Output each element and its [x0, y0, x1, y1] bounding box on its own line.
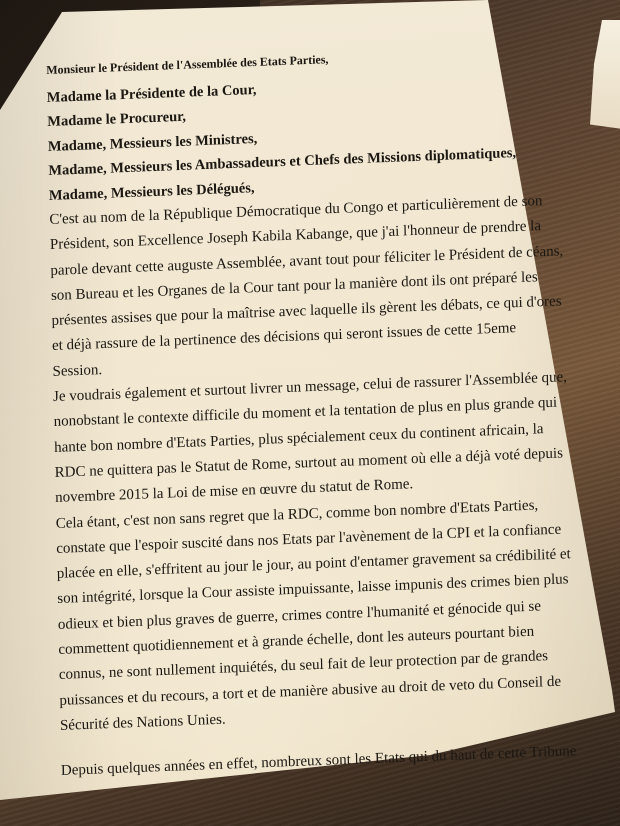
paragraph-message: Je voudrais également et surtout livrer …: [53, 364, 595, 511]
paragraph-intro: C'est au nom de la République Démocratiq…: [49, 187, 592, 385]
salutations: Monsieur le Président de l'Assemblée des…: [46, 37, 589, 208]
speech-document: Monsieur le Président de l'Assemblée des…: [46, 37, 601, 784]
paragraph-regret: Cela étant, c'est non sans regret que la…: [56, 491, 600, 739]
